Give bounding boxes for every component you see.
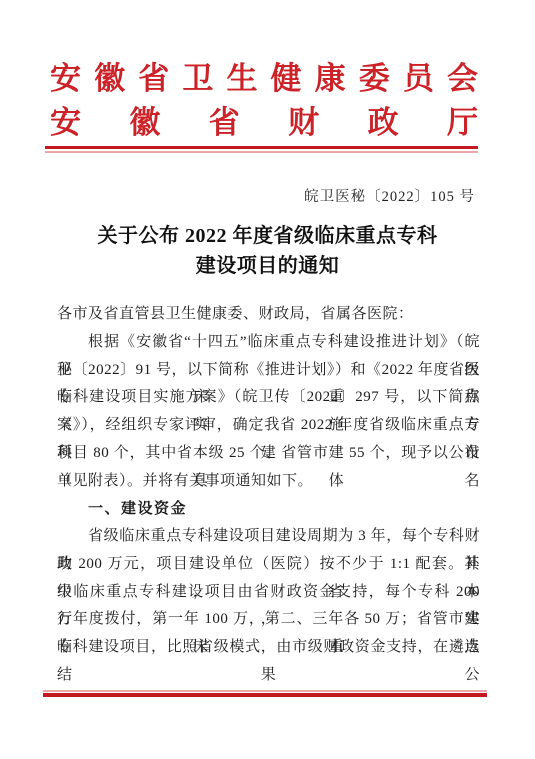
org-name-line-2: 安徽省财政厅 (50, 101, 478, 145)
body-line: 项目 80 个，其中省本级 25 个、省管市建 55 个，现予以公布（具体名 (57, 440, 480, 468)
org-name-char: 安 (50, 101, 81, 145)
body-line: 行年度拨付，第一年 100 万，第二、三年各 50 万；省管市建临床重点 (57, 606, 480, 634)
org-name-char: 徽 (129, 101, 160, 145)
body-line: 案》），经组织专家评审，确定我省 2022 年度省级临床重点专科建设 (57, 412, 480, 440)
org-name-char: 徽 (94, 57, 125, 101)
footer-rule-thick-line (43, 693, 487, 697)
header-rule-thin-line (45, 151, 478, 153)
org-name-char: 健 (271, 57, 302, 101)
notice-title-line-2: 建设项目的通知 (0, 251, 535, 281)
letterhead: 安徽省卫生健康委员会 安徽省财政厅 (50, 57, 478, 145)
body-line: 根据《安徽省“十四五”临床重点专科建设推进计划》（皖卫医 (57, 329, 480, 357)
org-name-char: 生 (226, 57, 257, 101)
org-name-char: 安 (50, 57, 81, 101)
document-page: 安徽省卫生健康委员会 安徽省财政厅 皖卫医秘〔2022〕105 号 关于公布 2… (0, 0, 535, 759)
body-line: 各市及省直管县卫生健康委、财政局，省属各医院： (57, 301, 480, 329)
body-line: 秘〔2022〕91 号，以下简称《推进计划》）和《2022 年度省级临床重点 (57, 357, 480, 385)
body-line: 省级临床重点专科建设项目建设周期为 3 年，每个专科财政补 (57, 523, 480, 551)
footer-rule (43, 690, 487, 697)
org-name-char: 康 (315, 57, 346, 101)
body-line: 专科建设项目，比照省级模式，由市级财政资金支持，在遴选结果公 (57, 634, 480, 662)
org-name-char: 省 (138, 57, 169, 101)
header-rule (45, 146, 478, 153)
org-name-char: 委 (359, 57, 390, 101)
notice-title: 关于公布 2022 年度省级临床重点专科 建设项目的通知 (0, 221, 535, 281)
org-name-char: 卫 (182, 57, 213, 101)
notice-title-line-1: 关于公布 2022 年度省级临床重点专科 (0, 221, 535, 251)
notice-body: 各市及省直管县卫生健康委、财政局，省属各医院：根据《安徽省“十四五”临床重点专科… (57, 301, 480, 662)
org-name-char: 省 (209, 101, 240, 145)
org-name-char: 厅 (447, 101, 478, 145)
section-heading: 一、建设资金 (57, 495, 480, 523)
doc-number: 皖卫医秘〔2022〕105 号 (304, 185, 475, 206)
org-name-char: 会 (447, 57, 478, 101)
body-line: 助 200 万元，项目建设单位（医院）按不少于 1:1 配套。其中，省本 (57, 551, 480, 579)
org-name-char: 政 (368, 101, 399, 145)
org-name-line-1: 安徽省卫生健康委员会 (50, 57, 478, 101)
org-name-char: 财 (288, 101, 319, 145)
body-line: 级临床重点专科建设项目由省财政资金支持，每个专科 200 万，实 (57, 579, 480, 607)
body-line: 专科建设项目实施方案》（皖卫传〔2022〕297 号，以下简称《实施方 (57, 384, 480, 412)
org-name-char: 员 (403, 57, 434, 101)
